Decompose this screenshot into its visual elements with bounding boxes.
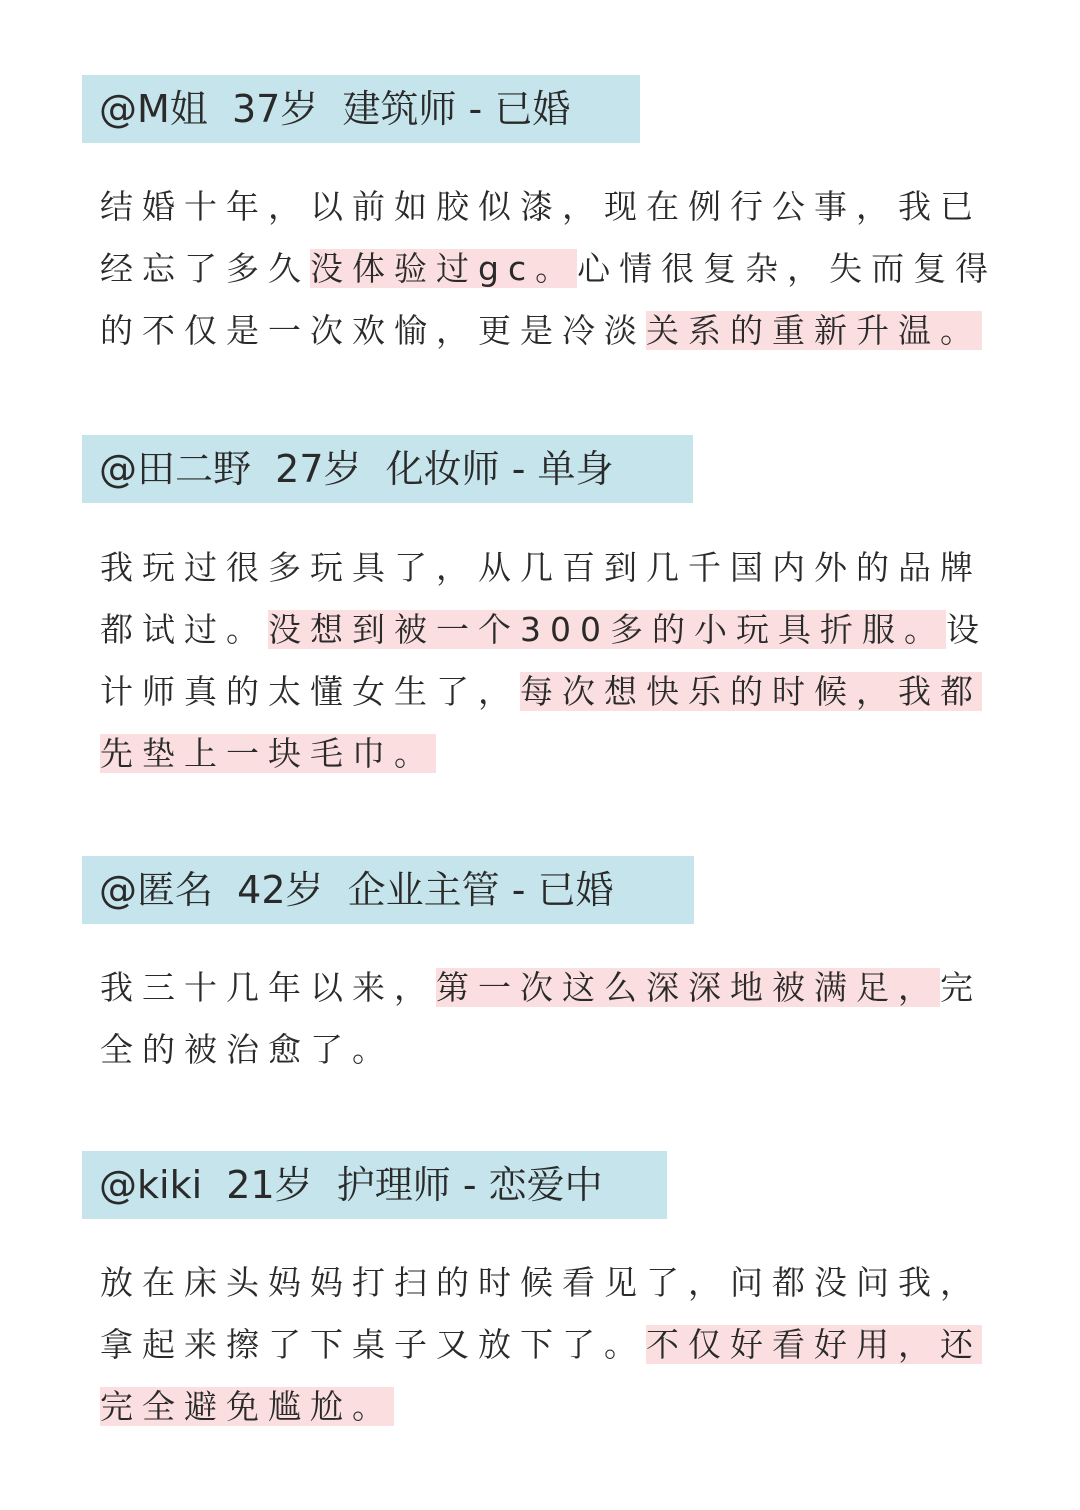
testimonial-header: @匿名 42岁 企业主管 - 已婚 [82,856,694,924]
testimonial-body: 我玩过很多玩具了，从几百到几千国内外的品牌都试过。没想到被一个300多的小玩具折… [100,537,1000,785]
body-text: 都试过。 [100,610,268,649]
body-text: 心情很复杂，失而复得 [577,249,997,288]
body-text: 我三十几年以来， [100,968,436,1007]
highlighted-text: 第一次这么深深地被满足， [436,968,940,1007]
highlighted-text: 先垫上一块毛巾。 [100,734,436,773]
highlighted-text: 不仅好看好用，还 [646,1325,982,1364]
text-line: 完全避免尴尬。 [100,1376,1000,1438]
body-text: 放在床头妈妈打扫的时候看见了，问都没问我， [100,1263,982,1302]
testimonial-body: 结婚十年，以前如胶似漆，现在例行公事，我已经忘了多久没体验过gc。心情很复杂，失… [100,176,1000,362]
text-line: 我三十几年以来，第一次这么深深地被满足，完 [100,957,1000,1019]
highlighted-text: 关系的重新升温。 [646,311,982,350]
body-text: 全的被治愈了。 [100,1030,394,1069]
testimonial-body: 放在床头妈妈打扫的时候看见了，问都没问我，拿起来擦了下桌子又放下了。不仅好看好用… [100,1252,1000,1438]
text-line: 经忘了多久没体验过gc。心情很复杂，失而复得 [100,238,1000,300]
text-line: 的不仅是一次欢愉，更是冷淡关系的重新升温。 [100,300,1000,362]
highlighted-text: 完全避免尴尬。 [100,1387,394,1426]
text-line: 计师真的太懂女生了，每次想快乐的时候，我都 [100,661,1000,723]
testimonial-header: @田二野 27岁 化妆师 - 单身 [82,435,693,503]
text-line: 都试过。没想到被一个300多的小玩具折服。设 [100,599,1000,661]
text-line: 全的被治愈了。 [100,1019,1000,1081]
body-text: 拿起来擦了下桌子又放下了。 [100,1325,646,1364]
testimonial-header: @kiki 21岁 护理师 - 恋爱中 [82,1151,667,1219]
body-text: 结婚十年，以前如胶似漆，现在例行公事，我已 [100,187,982,226]
text-line: 拿起来擦了下桌子又放下了。不仅好看好用，还 [100,1314,1000,1376]
text-line: 先垫上一块毛巾。 [100,723,1000,785]
testimonial-body: 我三十几年以来，第一次这么深深地被满足，完全的被治愈了。 [100,957,1000,1081]
body-text: 计师真的太懂女生了， [100,672,520,711]
testimonial-header: @M姐 37岁 建筑师 - 已婚 [82,75,640,143]
text-line: 结婚十年，以前如胶似漆，现在例行公事，我已 [100,176,1000,238]
body-text: 我玩过很多玩具了，从几百到几千国内外的品牌 [100,548,982,587]
body-text: 完 [940,968,982,1007]
body-text: 设 [946,610,988,649]
highlighted-text: 没体验过gc。 [310,249,577,288]
text-line: 我玩过很多玩具了，从几百到几千国内外的品牌 [100,537,1000,599]
body-text: 的不仅是一次欢愉，更是冷淡 [100,311,646,350]
highlighted-text: 没想到被一个300多的小玩具折服。 [268,610,946,649]
text-line: 放在床头妈妈打扫的时候看见了，问都没问我， [100,1252,1000,1314]
highlighted-text: 每次想快乐的时候，我都 [520,672,982,711]
body-text: 经忘了多久 [100,249,310,288]
